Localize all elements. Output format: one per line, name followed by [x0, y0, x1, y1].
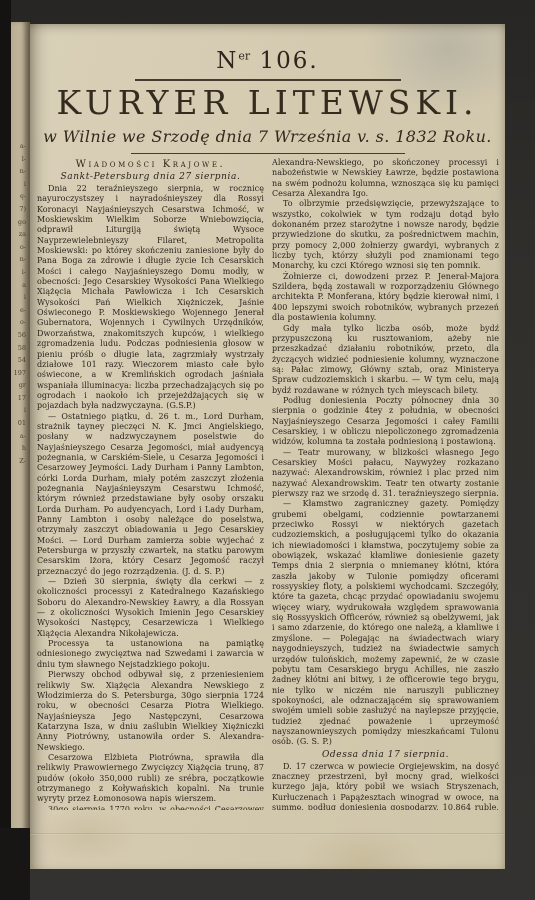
article-paragraph: — Teatr murowany, w blizkości własnego J… [272, 448, 499, 500]
masthead-rule-top [135, 79, 401, 81]
petersburg-dateline: Sankt-Petersburg dnia 27 sierpnia. [37, 172, 264, 182]
left-column: Wiadomości Krajowe. Sankt-Petersburg dni… [37, 158, 264, 810]
article-paragraph: — Ostatniego piątku, d. 26 t. m., Lord D… [37, 412, 264, 578]
article-paragraph: Podług doniesienia Poczty północney dnia… [272, 396, 499, 448]
issue-superscript: er [238, 49, 250, 62]
article-paragraph: Alexandra-Newskiego, po skończoney proce… [272, 158, 499, 199]
article-paragraph: To olbrzymie przedsięwzięcie, przewyższa… [272, 199, 499, 271]
right-column: Alexandra-Newskiego, po skończoney proce… [272, 158, 499, 810]
issue-prefix: N [216, 48, 238, 74]
article-paragraph: 30go sierpnia 1770 roku, w obecności Ces… [37, 805, 264, 810]
article-paragraph: Gdy mała tylko liczba osób, może bydź pr… [272, 324, 499, 396]
section-header: Wiadomości Krajowe. [37, 159, 264, 170]
article-paragraph: Pierwszy obchod odbywał się, z przeniesi… [37, 670, 264, 753]
issue-number: 106. [250, 48, 319, 74]
article-paragraph: — Dzień 30 sierpnia, święty dla cerkwi —… [37, 577, 264, 639]
paper-bottom-crease [30, 833, 505, 835]
scanner-edge-strip [0, 0, 11, 900]
masthead-rule-bottom [131, 153, 405, 154]
scanner-corner-shadow [0, 828, 30, 900]
scan-background: a- l- n- i ę- 7) go za o- n- i- a i e- o… [0, 0, 535, 900]
article-paragraph: Cesarzowa Elżbieta Piotrówna, sprawiła d… [37, 753, 264, 805]
newspaper-dateline: w Wilnie we Srzodę dnia 7 Września v. s.… [30, 127, 505, 146]
article-paragraph: D. 17 czerwca w powiecie Orgiejewskim, n… [272, 762, 499, 810]
odessa-dateline: Odessa dnia 17 sierpnia. [272, 750, 499, 760]
previous-page-text-fragments: a- l- n- i ę- 7) go za o- n- i- a i e- o… [12, 140, 26, 467]
article-columns: Wiadomości Krajowe. Sankt-Petersburg dni… [30, 158, 505, 810]
article-paragraph: Żołnierze ci, dowodzeni przez P. Jenerał… [272, 272, 499, 324]
article-paragraph: Processya ta ustanowiona na pamiątkę odn… [37, 639, 264, 670]
issue-number-line: Ner 106. [30, 48, 505, 74]
article-paragraph: — Kłamstwo zagraniczney gazety. Pomiędzy… [272, 499, 499, 747]
newspaper-page: Ner 106. KURYER LITEWSKI. w Wilnie we Sr… [30, 24, 505, 869]
previous-page-edge: a- l- n- i ę- 7) go za o- n- i- a i e- o… [11, 22, 30, 860]
article-paragraph: Dnia 22 teraźnieyszego sierpnia, w roczn… [37, 184, 264, 412]
newspaper-title: KURYER LITEWSKI. [30, 83, 505, 122]
masthead: Ner 106. KURYER LITEWSKI. w Wilnie we Sr… [30, 24, 505, 154]
